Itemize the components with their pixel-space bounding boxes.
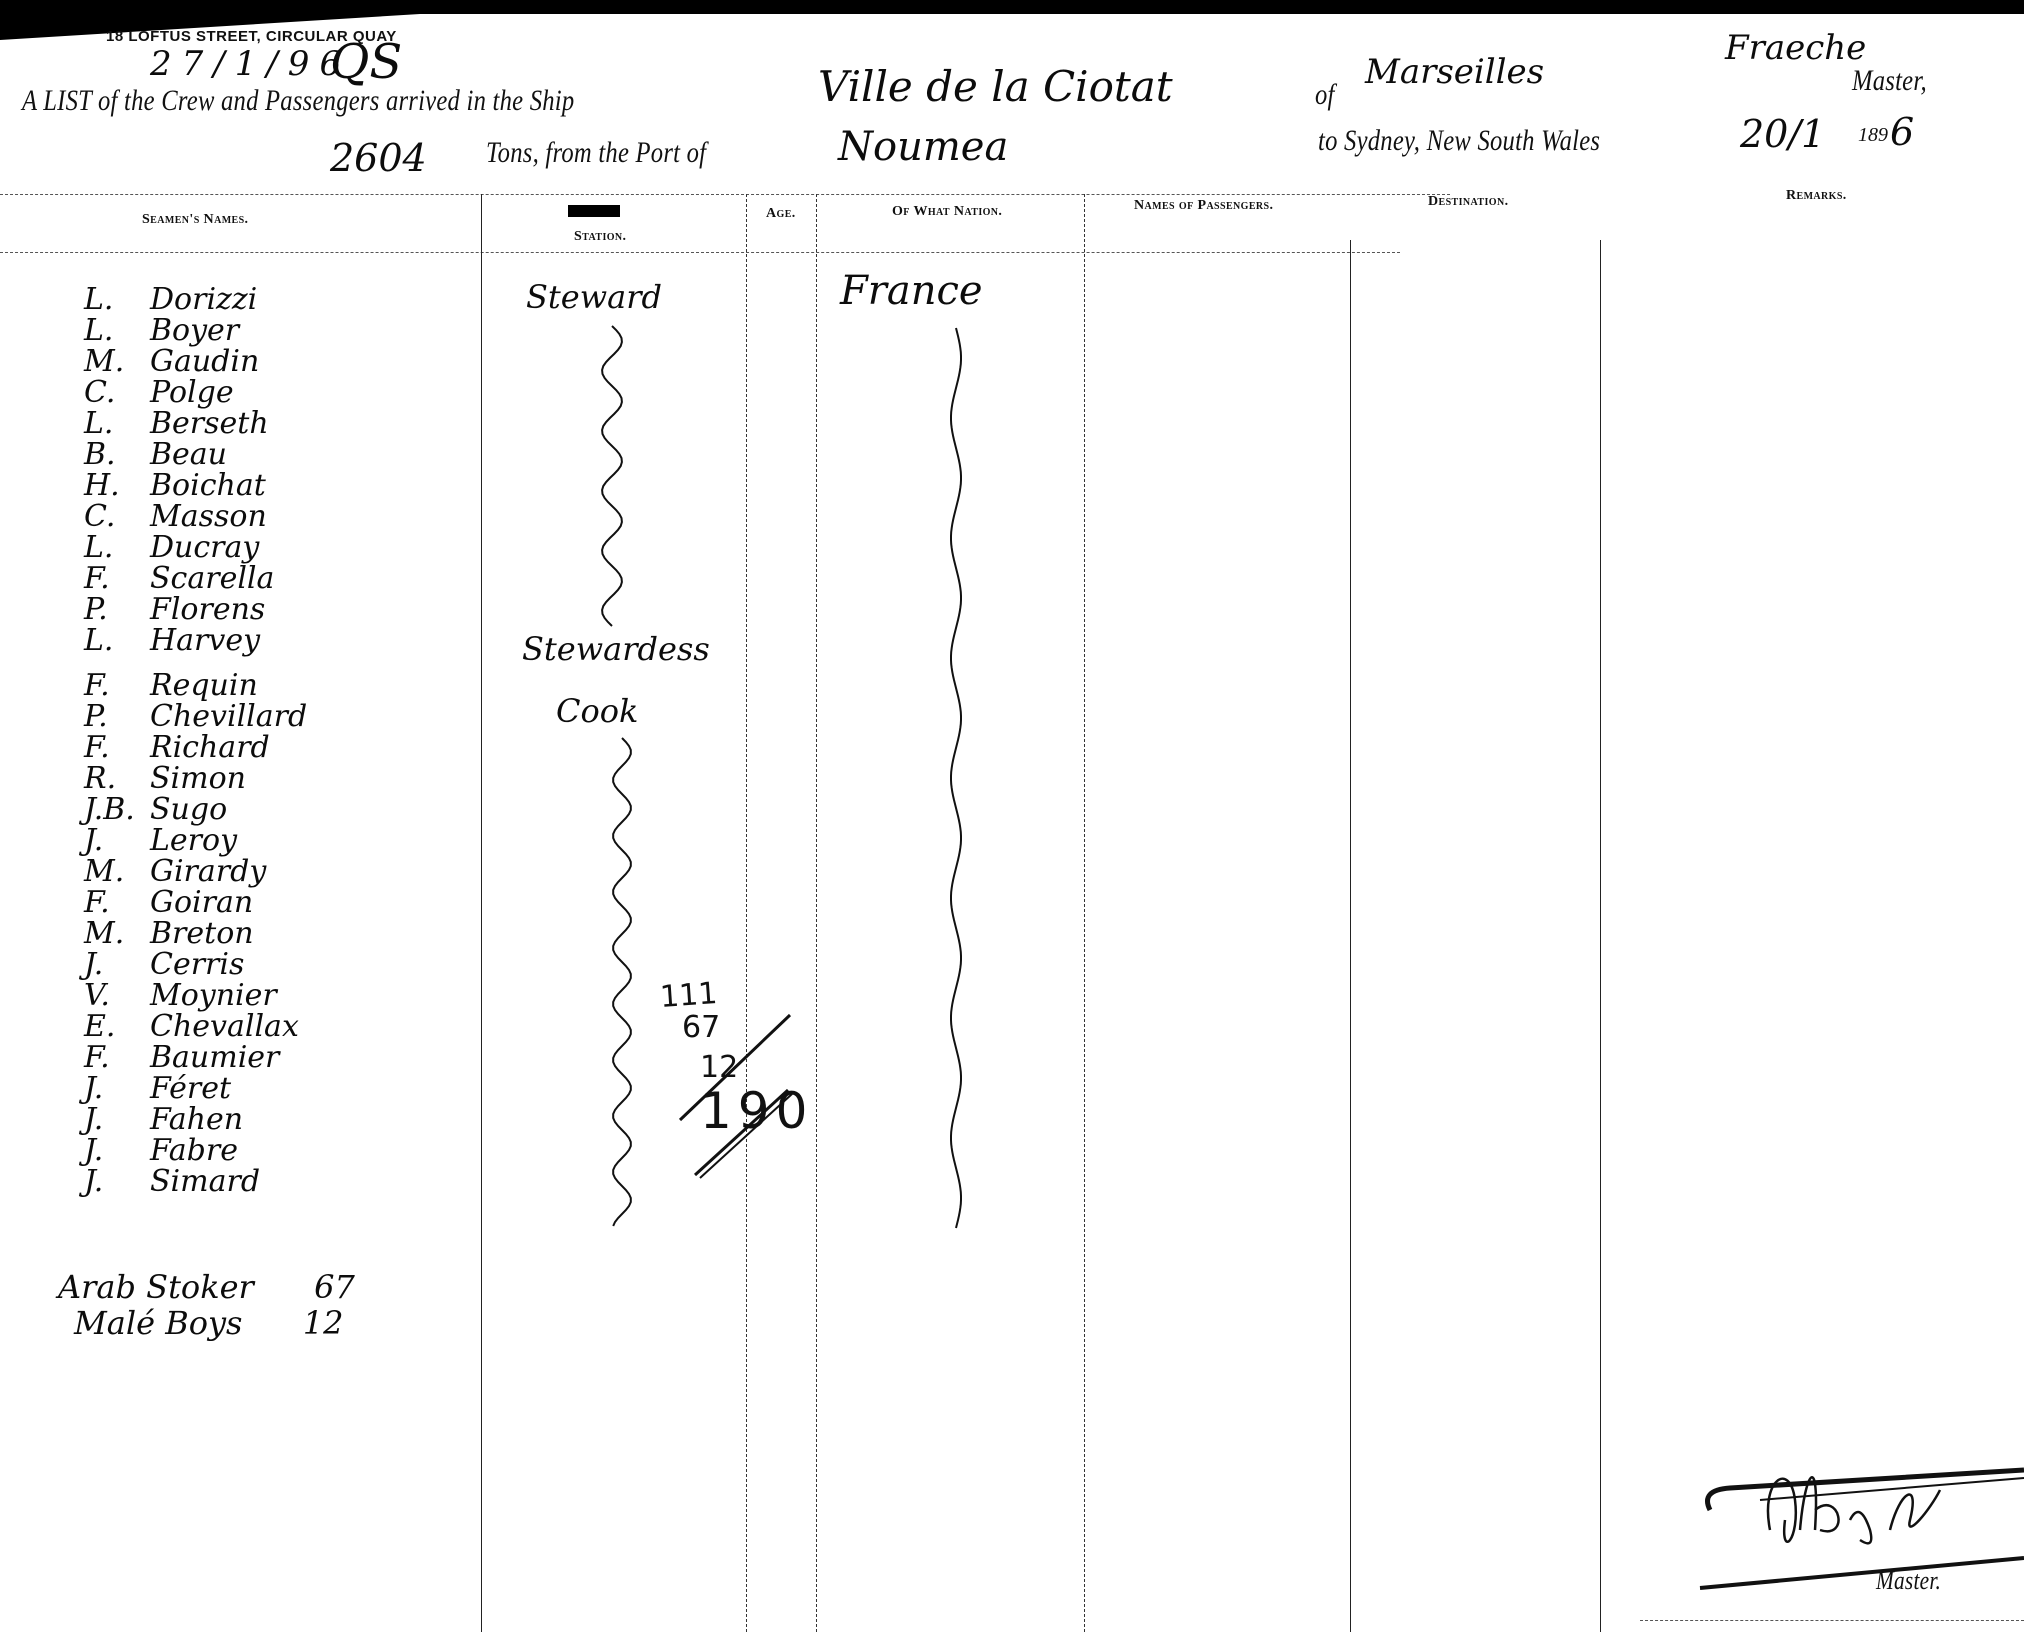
crew-surname: Scarella xyxy=(150,561,274,596)
arrival-year-prefix: 189 xyxy=(1858,124,1888,147)
column-divider-station-age xyxy=(746,194,747,1632)
crew-initial: F. xyxy=(84,732,150,763)
column-divider-passengers-destination xyxy=(1350,240,1351,1632)
crew-row: C.Polge xyxy=(84,377,307,408)
origin-port: Noumea xyxy=(838,124,1008,170)
nation-france: France xyxy=(840,268,983,314)
ditto-mark-steward xyxy=(592,326,632,631)
summary-label: Malé Boys xyxy=(74,1304,242,1342)
crew-row: F.Baumier xyxy=(84,1042,307,1073)
home-port: Marseilles xyxy=(1365,52,1544,92)
crew-initial: J.B. xyxy=(84,794,150,825)
clerk-initials-annotation: QS xyxy=(330,34,402,90)
crew-initial: J. xyxy=(84,949,150,980)
crew-surname: Florens xyxy=(150,592,265,627)
column-divider-age-nation xyxy=(816,194,817,1632)
header-station: Station. xyxy=(574,229,626,245)
header-destination: Destination. xyxy=(1428,194,1508,210)
crew-row: C.Masson xyxy=(84,501,307,532)
master-signature xyxy=(1700,1470,2024,1605)
crew-initial: L. xyxy=(84,532,150,563)
crew-initial: J. xyxy=(84,1166,150,1197)
crew-initial: P. xyxy=(84,701,150,732)
crew-row: F.Richard xyxy=(84,732,307,763)
ditto-mark-cook xyxy=(602,738,642,1233)
crew-surname: Baumier xyxy=(150,1040,279,1075)
crew-surname: Fabre xyxy=(150,1133,238,1168)
crew-row: L.Berseth xyxy=(84,408,307,439)
crew-surname: Boyer xyxy=(150,313,239,348)
crew-initial: J. xyxy=(84,1073,150,1104)
crew-initial: L. xyxy=(84,284,150,315)
crew-surname: Dorizzi xyxy=(150,282,257,317)
crew-initial: F. xyxy=(84,563,150,594)
crew-surname: Fahen xyxy=(150,1102,243,1137)
of-label: of xyxy=(1315,78,1335,112)
crew-initial: F. xyxy=(84,887,150,918)
station-steward: Steward xyxy=(526,278,662,316)
crew-initial: F. xyxy=(84,1042,150,1073)
header-top-rule xyxy=(0,194,1450,195)
crew-initial: P. xyxy=(84,594,150,625)
station-stewardess: Stewardess xyxy=(522,630,710,668)
crew-initial: J. xyxy=(84,1104,150,1135)
crew-initial: H. xyxy=(84,470,150,501)
crew-row: L.Ducray xyxy=(84,532,307,563)
crew-surname: Ducray xyxy=(150,530,259,565)
crew-surname: Berseth xyxy=(150,406,269,441)
received-date-annotation: 27/1/96 xyxy=(150,44,351,84)
crew-surname: Moynier xyxy=(150,978,277,1013)
crew-initial: M. xyxy=(84,856,150,887)
crew-initial: E. xyxy=(84,1011,150,1042)
ship-name: Ville de la Ciotat xyxy=(818,62,1173,111)
tally-underline xyxy=(670,1010,800,1185)
crew-row: J.Leroy xyxy=(84,825,307,856)
crew-row: J.Cerris xyxy=(84,949,307,980)
crew-row: P.Florens xyxy=(84,594,307,625)
header-bottom-rule xyxy=(0,252,1400,253)
crew-row: J.Féret xyxy=(84,1073,307,1104)
header-age: Age. xyxy=(766,206,796,222)
crew-surname: Breton xyxy=(150,916,254,951)
header-seamen-names: Seamen's Names. xyxy=(142,212,248,228)
crew-surname: Beau xyxy=(150,437,227,472)
summary-row-male-boys: Malé Boys 12 xyxy=(74,1304,344,1342)
crew-initial: V. xyxy=(84,980,150,1011)
crew-initial: F. xyxy=(84,670,150,701)
crew-surname: Gaudin xyxy=(150,344,259,379)
header-remarks: Remarks. xyxy=(1786,188,1847,204)
header-nation: Of What Nation. xyxy=(892,204,1002,220)
crew-row: B.Beau xyxy=(84,439,307,470)
crew-surname: Chevillard xyxy=(150,699,307,734)
crew-row: J.Fahen xyxy=(84,1104,307,1135)
crew-row: F.Scarella xyxy=(84,563,307,594)
crew-row: M.Girardy xyxy=(84,856,307,887)
crew-surname: Simard xyxy=(150,1164,260,1199)
master-label: Master, xyxy=(1852,64,1927,98)
arrival-date: 20/1 xyxy=(1740,112,1825,156)
crew-row: M.Gaudin xyxy=(84,346,307,377)
column-divider-names-station xyxy=(481,194,482,1632)
crew-initial: B. xyxy=(84,439,150,470)
crew-surname: Féret xyxy=(150,1071,231,1106)
column-divider-destination-remarks xyxy=(1600,240,1601,1632)
crew-row: F.Requin xyxy=(84,670,307,701)
crew-row: E.Chevallax xyxy=(84,1011,307,1042)
crew-initial: C. xyxy=(84,501,150,532)
crew-surname: Richard xyxy=(150,730,270,765)
tonnage: 2604 xyxy=(330,136,427,180)
crew-surname: Harvey xyxy=(150,623,260,658)
header-stamp-redaction xyxy=(810,0,1220,10)
header-passenger-names: Names of Passengers. xyxy=(1134,198,1273,214)
crew-row: V.Moynier xyxy=(84,980,307,1011)
crew-initial: R. xyxy=(84,763,150,794)
crew-surname: Polge xyxy=(150,375,234,410)
footer-rule xyxy=(1640,1620,2024,1621)
crew-initial: J. xyxy=(84,1135,150,1166)
crew-surname: Leroy xyxy=(150,823,237,858)
crew-initial: L. xyxy=(84,408,150,439)
footer-master-label: Master. xyxy=(1876,1566,1941,1596)
summary-count: 67 xyxy=(314,1268,355,1306)
summary-label: Arab Stoker xyxy=(58,1268,254,1306)
crew-surname: Boichat xyxy=(150,468,266,503)
crew-row: M.Breton xyxy=(84,918,307,949)
crew-initial: L. xyxy=(84,315,150,346)
list-title: A LIST of the Crew and Passengers arrive… xyxy=(22,84,574,118)
tons-from-port-label: Tons, from the Port of xyxy=(486,136,706,170)
column-divider-nation-passengers xyxy=(1084,194,1085,1632)
crew-surname: Masson xyxy=(150,499,267,534)
crew-row: P.Chevillard xyxy=(84,701,307,732)
crew-row: L.Harvey xyxy=(84,625,307,656)
crew-list: L.DorizziL.BoyerM.GaudinC.PolgeL.Berseth… xyxy=(84,284,307,1197)
crew-initial: C. xyxy=(84,377,150,408)
master-name: Fraeche xyxy=(1725,28,1866,68)
ditto-mark-nation xyxy=(936,328,976,1233)
crew-initial: M. xyxy=(84,918,150,949)
summary-row-arab-stoker: Arab Stoker 67 xyxy=(58,1268,355,1306)
arrival-year-suffix: 6 xyxy=(1890,110,1914,154)
crew-surname: Chevallax xyxy=(150,1009,299,1044)
crew-row: J.Fabre xyxy=(84,1135,307,1166)
summary-count: 12 xyxy=(303,1304,344,1342)
crew-initial: L. xyxy=(84,625,150,656)
crew-row: F.Goiran xyxy=(84,887,307,918)
crew-row: H.Boichat xyxy=(84,470,307,501)
station-cook: Cook xyxy=(556,692,638,730)
crew-row: R.Simon xyxy=(84,763,307,794)
crew-surname: Goiran xyxy=(150,885,253,920)
destination-label: to Sydney, New South Wales xyxy=(1318,124,1600,158)
crew-surname: Simon xyxy=(150,761,246,796)
crew-row: L.Dorizzi xyxy=(84,284,307,315)
crew-initial: M. xyxy=(84,346,150,377)
crew-row: L.Boyer xyxy=(84,315,307,346)
crew-row: J.B.Sugo xyxy=(84,794,307,825)
crew-surname: Sugo xyxy=(150,792,227,827)
header-capacity xyxy=(568,203,622,219)
crew-surname: Girardy xyxy=(150,854,266,889)
crew-row: J.Simard xyxy=(84,1166,307,1197)
crew-surname: Cerris xyxy=(150,947,244,982)
crew-surname: Requin xyxy=(150,668,258,703)
crew-initial: J. xyxy=(84,825,150,856)
capacity-redaction xyxy=(568,205,620,217)
